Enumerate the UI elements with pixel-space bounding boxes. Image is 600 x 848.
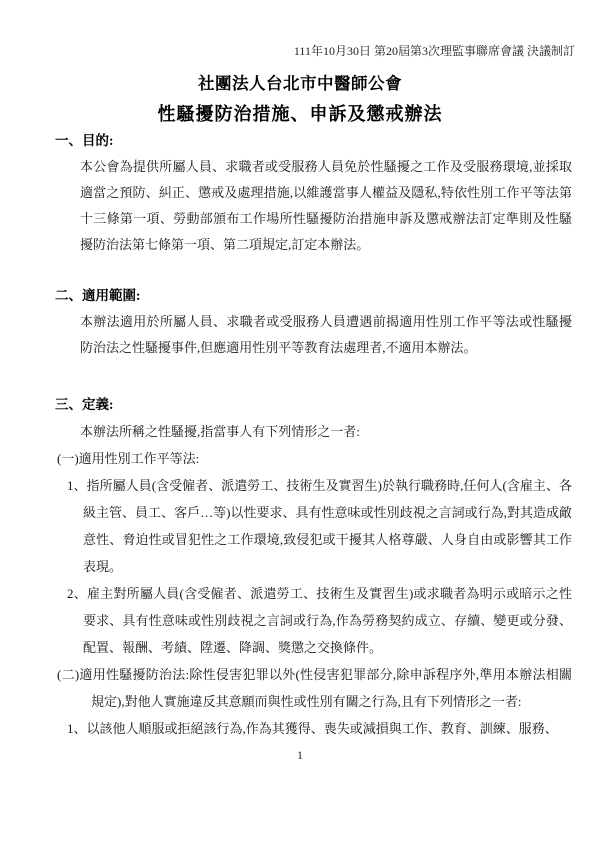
document-page: 111年10月30日 第20屆第3次理監事聯席會議 決議制訂 社團法人台北市中醫… — [0, 0, 600, 848]
organization-name: 社團法人台北市中醫師公會 — [0, 72, 600, 96]
definition-item-1: 1、指所屬人員(含受僱者、派遣勞工、技術生及實習生)於執行職務時,任何人(含雇主… — [83, 472, 572, 580]
section-1-heading: 一、目的: — [55, 127, 600, 154]
page-number: 1 — [0, 748, 600, 763]
section-1-body: 本公會為提供所屬人員、求職者或受服務人員免於性騷擾之工作及受服務環境,並採取適當… — [80, 154, 572, 258]
section-3-intro: 本辦法所稱之性騷擾,指當事人有下列情形之一者: — [80, 418, 572, 445]
section-definitions: 三、定義: 本辦法所稱之性騷擾,指當事人有下列情形之一者: (一)適用性別工作平… — [0, 391, 600, 742]
definition-item-3: 1、以該他人順服或拒絕該行為,作為其獲得、喪失或減損與工作、教育、訓練、服務、 — [83, 715, 572, 742]
document-title: 性騷擾防治措施、申訴及懲戒辦法 — [0, 101, 600, 127]
section-3-heading: 三、定義: — [55, 391, 600, 418]
section-2-body: 本辦法適用於所屬人員、求職者或受服務人員遭遇前揭適用性別工作平等法或性騷擾防治法… — [80, 309, 572, 361]
definition-item-2: 2、雇主對所屬人員(含受僱者、派遣勞工、技術生及實習生)或求職者為明示或暗示之性… — [83, 580, 572, 661]
subsection-1-heading: (一)適用性別工作平等法: — [91, 445, 572, 472]
section-scope: 二、適用範圍: 本辦法適用於所屬人員、求職者或受服務人員遭遇前揭適用性別工作平等… — [0, 282, 600, 361]
section-2-heading: 二、適用範圍: — [55, 282, 600, 309]
section-purpose: 一、目的: 本公會為提供所屬人員、求職者或受服務人員免於性騷擾之工作及受服務環境… — [0, 127, 600, 258]
revision-note: 111年10月30日 第20屆第3次理監事聯席會議 決議制訂 — [0, 44, 600, 59]
subsection-2-heading: (二)適用性騷擾防治法:除性侵害犯罪以外(性侵害犯罪部分,除申訴程序外,準用本辦… — [91, 661, 572, 715]
